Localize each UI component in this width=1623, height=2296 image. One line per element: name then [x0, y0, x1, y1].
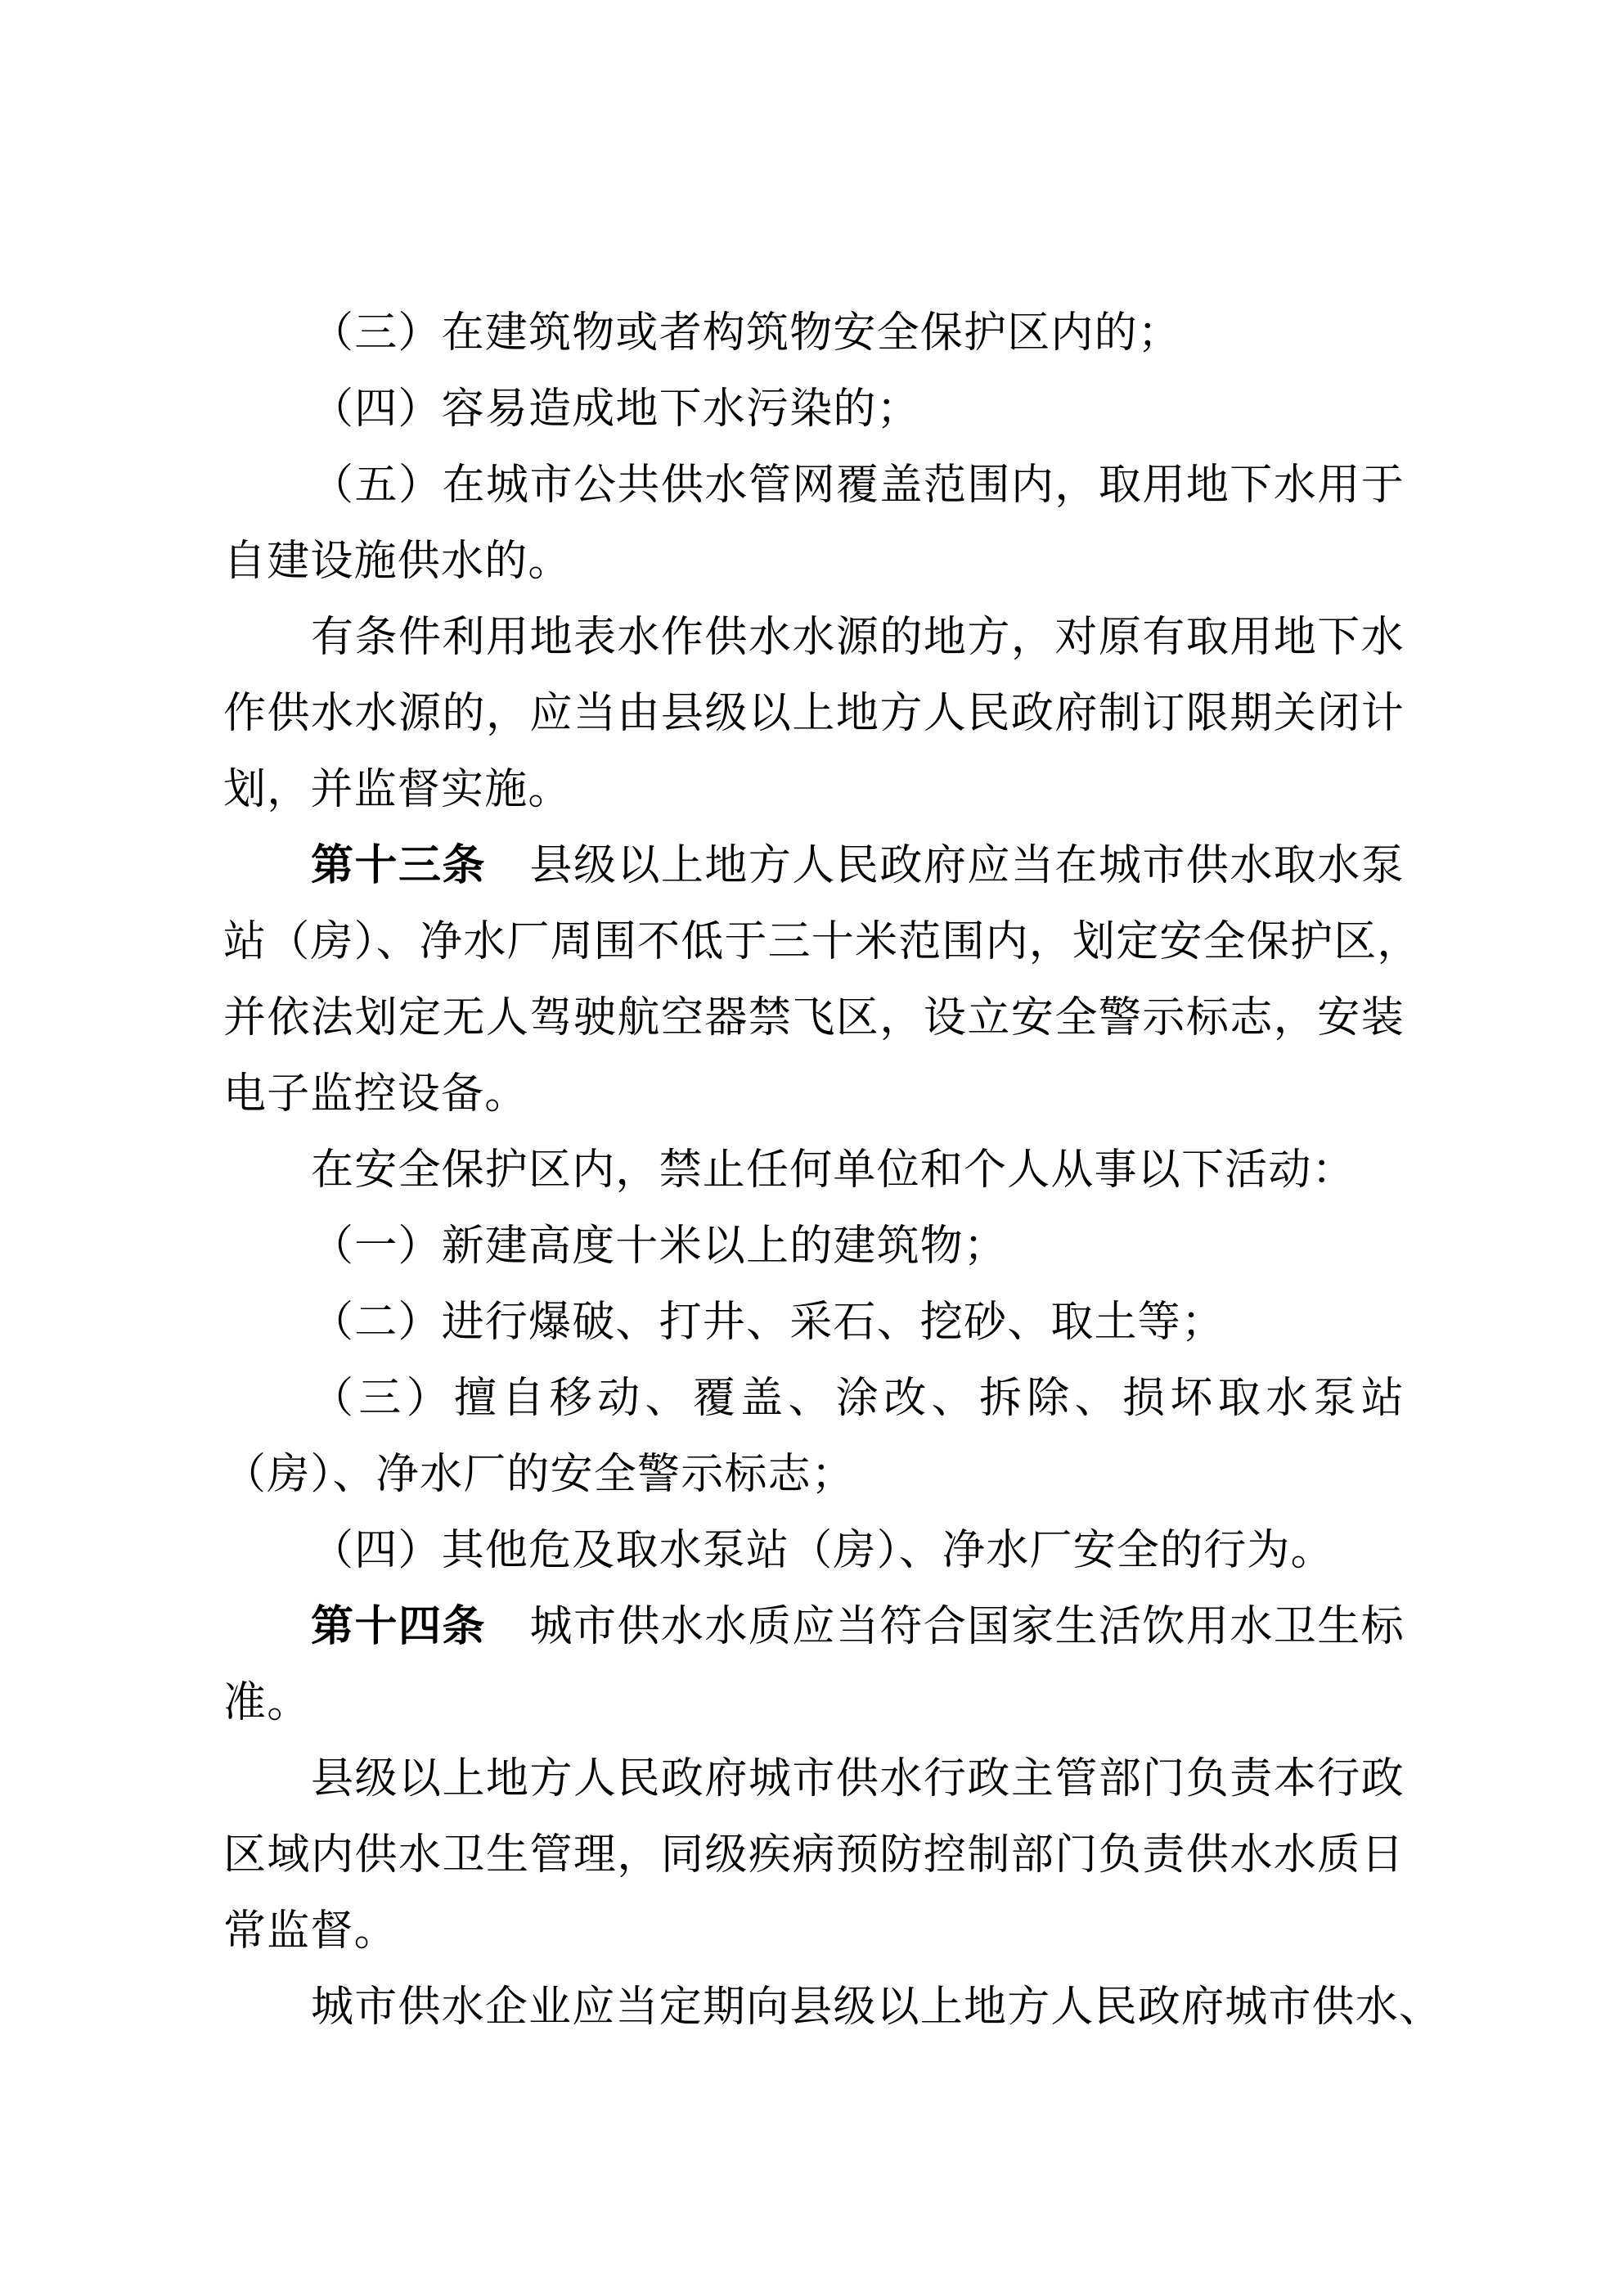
text-line: （一）新建高度十米以上的建筑物；: [223, 1209, 1405, 1285]
text-line: 第十四条 城市供水水质应当符合国家生活饮用水卫生标: [223, 1589, 1405, 1665]
text-run: 县级以上地方人民政府城市供水行政主管部门负责本行政: [311, 1756, 1405, 1803]
text-run: （四）其他危及取水泵站（房）、净水厂安全的行为。: [311, 1528, 1334, 1574]
text-run: 常监督。: [223, 1908, 398, 1955]
text-line: （房）、净水厂的安全警示标志；: [223, 1437, 1405, 1513]
text-line: 并依法划定无人驾驶航空器禁飞区，设立安全警示标志，安装: [223, 980, 1405, 1056]
text-run: （五）在城市公共供水管网覆盖范围内，取用地下水用于: [311, 462, 1405, 509]
text-run: 自建设施供水的。: [223, 538, 572, 585]
text-run: 城市供水企业应当定期向县级以上地方人民政府城市供水、: [311, 1984, 1442, 2031]
text-run: （四）容易造成地下水污染的；: [311, 386, 920, 433]
text-line: （三）在建筑物或者构筑物安全保护区内的；: [223, 295, 1405, 371]
text-run: 区域内供水卫生管理，同级疾病预防控制部门负责供水水质日: [223, 1832, 1405, 1879]
text-line: 作供水水源的，应当由县级以上地方人民政府制订限期关闭计: [223, 676, 1405, 752]
text-line: 在安全保护区内，禁止任何单位和个人从事以下活动：: [223, 1132, 1405, 1209]
text-line: （二）进行爆破、打井、采石、挖砂、取土等；: [223, 1285, 1405, 1361]
text-run: 作供水水源的，应当由县级以上地方人民政府制订限期关闭计: [223, 691, 1405, 737]
text-line: （四）其他危及取水泵站（房）、净水厂安全的行为。: [223, 1513, 1405, 1589]
text-line: 有条件利用地表水作供水水源的地方，对原有取用地下水: [223, 600, 1405, 676]
text-run: 城市供水水质应当符合国家生活饮用水卫生标: [486, 1604, 1405, 1650]
text-line: 站（房）、净水厂周围不低于三十米范围内，划定安全保护区，: [223, 904, 1405, 980]
text-run: （一）新建高度十米以上的建筑物；: [311, 1223, 1007, 1270]
text-run: 在安全保护区内，禁止任何单位和个人从事以下活动：: [311, 1147, 1355, 1194]
document-page: （三）在建筑物或者构筑物安全保护区内的；（四）容易造成地下水污染的；（五）在城市…: [0, 0, 1623, 2296]
text-run: 电子监控设备。: [223, 1071, 528, 1118]
text-run: 有条件利用地表水作供水水源的地方，对原有取用地下水: [311, 615, 1405, 661]
text-line: （五）在城市公共供水管网覆盖范围内，取用地下水用于: [223, 448, 1405, 524]
article-number: 第十三条: [311, 843, 486, 889]
text-line: 电子监控设备。: [223, 1056, 1405, 1132]
text-line: 常监督。: [223, 1893, 1405, 1970]
article-number: 第十四条: [311, 1604, 486, 1650]
text-line: 自建设施供水的。: [223, 524, 1405, 600]
text-run: 划，并监督实施。: [223, 767, 572, 813]
text-block: （三）在建筑物或者构筑物安全保护区内的；（四）容易造成地下水污染的；（五）在城市…: [223, 295, 1405, 2046]
text-line: 县级以上地方人民政府城市供水行政主管部门负责本行政: [223, 1741, 1405, 1817]
text-line: 划，并监督实施。: [223, 752, 1405, 828]
text-line: （三）擅自移动、覆盖、涂改、拆除、损坏取水泵站: [223, 1361, 1405, 1437]
text-run: 县级以上地方人民政府应当在城市供水取水泵: [486, 843, 1405, 889]
text-run: （二）进行爆破、打井、采石、挖砂、取土等；: [311, 1299, 1225, 1346]
text-run: 站（房）、净水厂周围不低于三十米范围内，划定安全保护区，: [223, 919, 1421, 966]
text-line: （四）容易造成地下水污染的；: [223, 371, 1405, 448]
text-run: 并依法划定无人驾驶航空器禁飞区，设立安全警示标志，安装: [223, 995, 1405, 1042]
text-line: 区域内供水卫生管理，同级疾病预防控制部门负责供水水质日: [223, 1817, 1405, 1893]
text-run: 准。: [223, 1680, 310, 1727]
text-line: 第十三条 县级以上地方人民政府应当在城市供水取水泵: [223, 828, 1405, 904]
text-line: 城市供水企业应当定期向县级以上地方人民政府城市供水、: [223, 1970, 1405, 2046]
text-run: （三）在建筑物或者构筑物安全保护区内的；: [311, 310, 1181, 357]
text-line: 准。: [223, 1665, 1405, 1741]
text-run: （房）、净水厂的安全警示标志；: [223, 1452, 855, 1498]
text-run: （三）擅自移动、覆盖、涂改、拆除、损坏取水泵站: [311, 1375, 1405, 1422]
